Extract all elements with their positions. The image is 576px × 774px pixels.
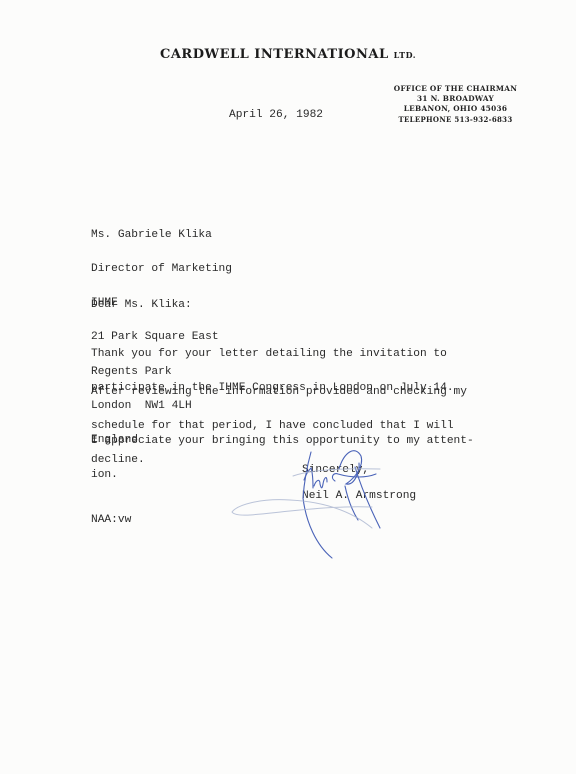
address-line: Director of Marketing [91, 264, 232, 275]
letter-page: CARDWELL INTERNATIONAL LTD. OFFICE OF TH… [0, 0, 576, 774]
paragraph-line: I appreciate your bringing this opportun… [91, 436, 474, 447]
paragraph-line: Thank you for your letter detailing the … [91, 349, 454, 360]
company-name: CARDWELL INTERNATIONAL [160, 47, 389, 62]
office-address-block: OFFICE OF THE CHAIRMAN 31 N. BROADWAY LE… [383, 84, 528, 125]
office-line: OFFICE OF THE CHAIRMAN [383, 84, 528, 94]
office-line: LEBANON, OHIO 45036 [383, 104, 528, 114]
letter-date: April 26, 1982 [229, 110, 323, 121]
paragraph-3: I appreciate your bringing this opportun… [91, 413, 474, 504]
letterhead-company: CARDWELL INTERNATIONAL LTD. [0, 47, 576, 62]
reference-initials: NAA:vw [91, 515, 131, 526]
address-line: Ms. Gabriele Klika [91, 230, 232, 241]
office-line: 31 N. BROADWAY [383, 94, 528, 104]
signer-name: Neil A. Armstrong [302, 491, 416, 502]
closing: Sincerely, [302, 465, 369, 476]
office-telephone: TELEPHONE 513-932-6833 [383, 115, 528, 125]
company-suffix: LTD. [394, 50, 416, 60]
paragraph-line: ion. [91, 470, 474, 481]
paragraph-line: After reviewing the information provided… [91, 387, 467, 398]
salutation: Dear Ms. Klika: [91, 300, 192, 311]
